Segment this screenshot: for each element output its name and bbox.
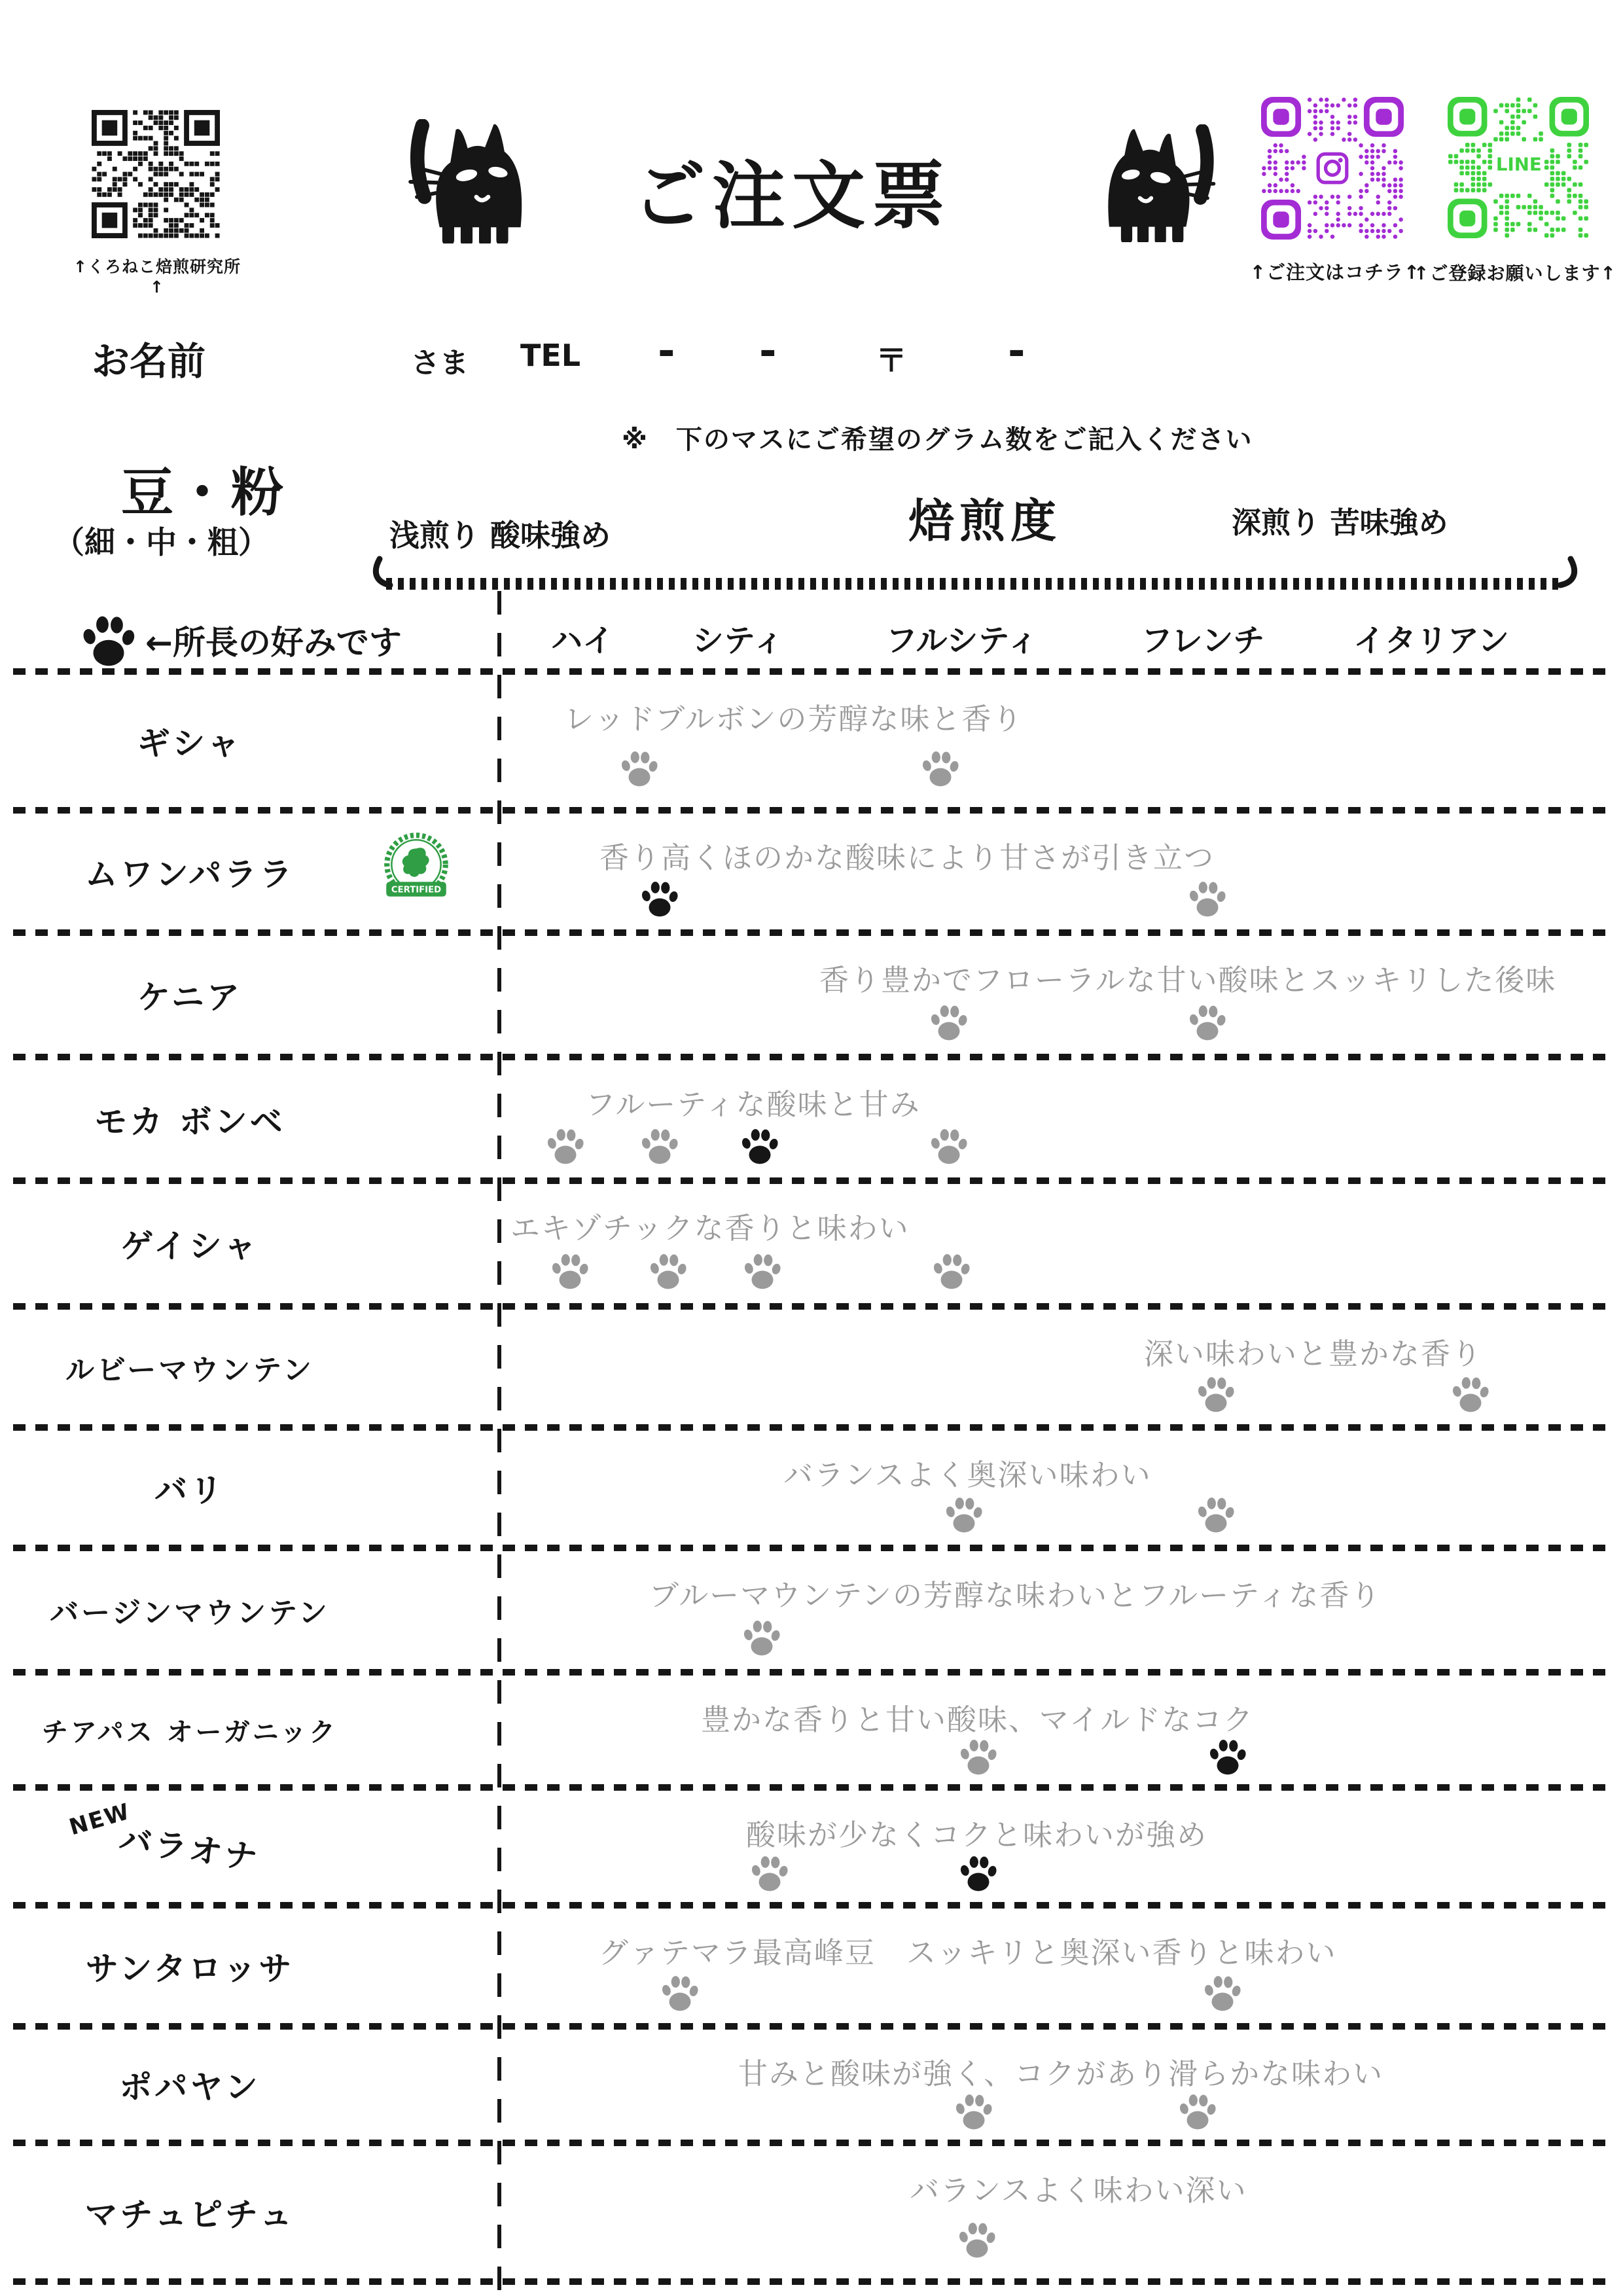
paw-icon-gray — [929, 1000, 969, 1043]
gram-note: ※ 下のマスにご希望のグラム数をご記入ください — [622, 419, 1253, 456]
paw-icon-gray — [1177, 2089, 1218, 2132]
paw-icon-gray — [1202, 1971, 1243, 2014]
legend-paw-icon — [80, 609, 137, 670]
row-name-cell: サンタロッサ — [7, 1905, 373, 2026]
paw-icon-gray — [920, 746, 961, 789]
qr-instagram-caption: ↑ご注文はコチラ↑ — [1230, 258, 1440, 285]
row-name-cell: マチュピチュ — [7, 2143, 373, 2282]
paw-icon-gray — [749, 1851, 790, 1894]
coffee-description: レッドブルボンの芳醇な味と香り — [564, 695, 1023, 738]
paw-icon-gray — [1450, 1372, 1491, 1415]
roast-right-label: 深煎り 苦味強め — [1232, 499, 1448, 541]
paw-icon-black — [958, 1851, 999, 1894]
column-header-3: フレンチ — [1141, 615, 1265, 660]
paw-icon-gray — [1196, 1492, 1236, 1535]
paw-icon-gray — [742, 1249, 783, 1292]
coffee-description: ブルーマウンテンの芳醇な味わいとフルーティな香り — [649, 1571, 1382, 1614]
coffee-description: 深い味わいと豊かな香り — [1144, 1330, 1482, 1372]
column-header-1: シティ — [692, 615, 784, 660]
row-name-cell: バラオナNEW — [7, 1787, 373, 1905]
coffee-description: 香り高くほのかな酸味により甘さが引き立つ — [599, 834, 1215, 876]
coffee-name: サンタロッサ — [86, 1943, 294, 1990]
roast-scale-arrow — [366, 545, 1584, 596]
coffee-name: バージンマウンテン — [50, 1589, 330, 1631]
row-name-cell: チアパス オーガニック — [7, 1672, 373, 1787]
row-name-cell: ルビーマウンテン — [7, 1306, 373, 1427]
paw-icon-gray — [550, 1249, 590, 1292]
legend-text: ←所長の好みです — [145, 617, 402, 664]
coffee-name: ギシャ — [137, 717, 243, 764]
paw-icon-gray — [648, 1249, 688, 1292]
coffee-description: グァテマラ最高峰豆 スッキリと奥深い香りと味わい — [599, 1929, 1337, 1971]
qr-code-line: LINE — [1445, 97, 1592, 238]
roast-center-label: 焙煎度 — [908, 484, 1061, 550]
customer-sama-label: さま — [411, 339, 469, 381]
paw-icon-gray — [1187, 1000, 1228, 1043]
badge-certified-text: CERTIFIED — [391, 886, 441, 895]
paw-icon-gray — [619, 746, 660, 789]
paw-icon-black — [1207, 1734, 1248, 1778]
paw-icon-gray — [954, 2089, 994, 2132]
cat-illustration-right — [1083, 124, 1217, 242]
paw-icon-gray — [639, 1124, 680, 1167]
coffee-description: 甘みと酸味が強く、コクがあり滑らかな味わい — [738, 2050, 1383, 2092]
tel-dash-2: - — [759, 327, 777, 376]
coffee-name: ゲイシャ — [120, 1220, 259, 1267]
paw-icon-gray — [957, 2217, 997, 2261]
customer-name-label: お名前 — [92, 331, 205, 386]
paw-icon-gray — [1187, 876, 1228, 920]
column-header-0: ハイ — [551, 615, 614, 660]
row-name-cell: ポパヤン — [7, 2026, 373, 2143]
paw-icon-black — [740, 1124, 780, 1167]
postal-dash: - — [1008, 327, 1026, 376]
paw-icon-gray — [958, 1734, 999, 1778]
qr-code-instagram — [1260, 97, 1405, 240]
coffee-description: バランスよく味わい深い — [910, 2166, 1247, 2209]
coffee-description: フルーティな酸味と甘み — [586, 1081, 921, 1123]
coffee-name: マチュピチュ — [85, 2189, 295, 2236]
tel-dash-1: - — [658, 327, 675, 376]
coffee-order-form: ↑くろねこ焙煎研究所↑ ご注文票 ↑ご注文はコチラ↑ LINE ↑ご登録お願いし… — [0, 0, 1623, 2296]
row-name-cell: モカ ボンベ — [7, 1057, 373, 1181]
coffee-description: 香り豊かでフローラルな甘い酸味とスッキリした後味 — [819, 956, 1556, 999]
row-name-cell: ムワンパララ — [7, 810, 373, 933]
column-header-2: フルシティ — [885, 615, 1038, 660]
page-title: ご注文票 — [612, 137, 972, 243]
paw-icon-gray — [660, 1971, 700, 2014]
coffee-description: 酸味が少なくコクと味わいが強め — [746, 1811, 1207, 1854]
row-name-cell: バリ — [7, 1427, 373, 1548]
coffee-name: チアパス オーガニック — [42, 1712, 338, 1749]
cat-illustration-left — [407, 119, 548, 243]
customer-tel-label: TEL — [520, 338, 580, 373]
coffee-name: モカ ボンベ — [94, 1096, 285, 1143]
grind-size-label: （細・中・粗） — [54, 518, 269, 562]
coffee-name: ムワンパララ — [85, 848, 295, 895]
coffee-name: ルビーマウンテン — [65, 1346, 314, 1388]
column-header-4: イタリアン — [1353, 615, 1509, 660]
coffee-description: 豊かな香りと甘い酸味、マイルドなコク — [701, 1696, 1254, 1738]
row-name-cell: ゲイシャ — [7, 1181, 373, 1306]
postal-mark: 〒 — [876, 335, 907, 380]
qr-code-roastery — [92, 110, 220, 238]
paw-icon-gray — [929, 1124, 969, 1167]
coffee-description: バランスよく奥深い味わい — [783, 1451, 1152, 1494]
grid-vertical-divider — [497, 591, 501, 2293]
line-logo-text: LINE — [1496, 153, 1542, 175]
paw-icon-gray — [1196, 1372, 1236, 1415]
row-name-cell: ギシャ — [7, 672, 373, 810]
coffee-name: バリ — [154, 1464, 225, 1511]
rainforest-alliance-badge: CERTIFIED — [380, 829, 453, 907]
row-name-cell: バージンマウンテン — [7, 1548, 373, 1672]
coffee-name: ポパヤン — [119, 2061, 260, 2108]
qr-line-caption: ↑ご登録お願いします↑ — [1410, 259, 1620, 285]
paw-icon-gray — [944, 1492, 984, 1535]
coffee-description: エキゾチックな香りと味わい — [510, 1204, 910, 1247]
paw-icon-gray — [931, 1249, 972, 1292]
coffee-name: バラオナ — [116, 1813, 263, 1879]
paw-icon-gray — [545, 1124, 586, 1167]
bean-powder-label: 豆・粉 — [121, 450, 286, 526]
paw-icon-gray — [741, 1615, 782, 1659]
qr-roastery-caption: ↑くろねこ焙煎研究所↑ — [69, 254, 245, 296]
paw-icon-black — [639, 876, 680, 920]
coffee-name: ケニア — [137, 971, 242, 1018]
row-name-cell: ケニア — [7, 933, 373, 1057]
